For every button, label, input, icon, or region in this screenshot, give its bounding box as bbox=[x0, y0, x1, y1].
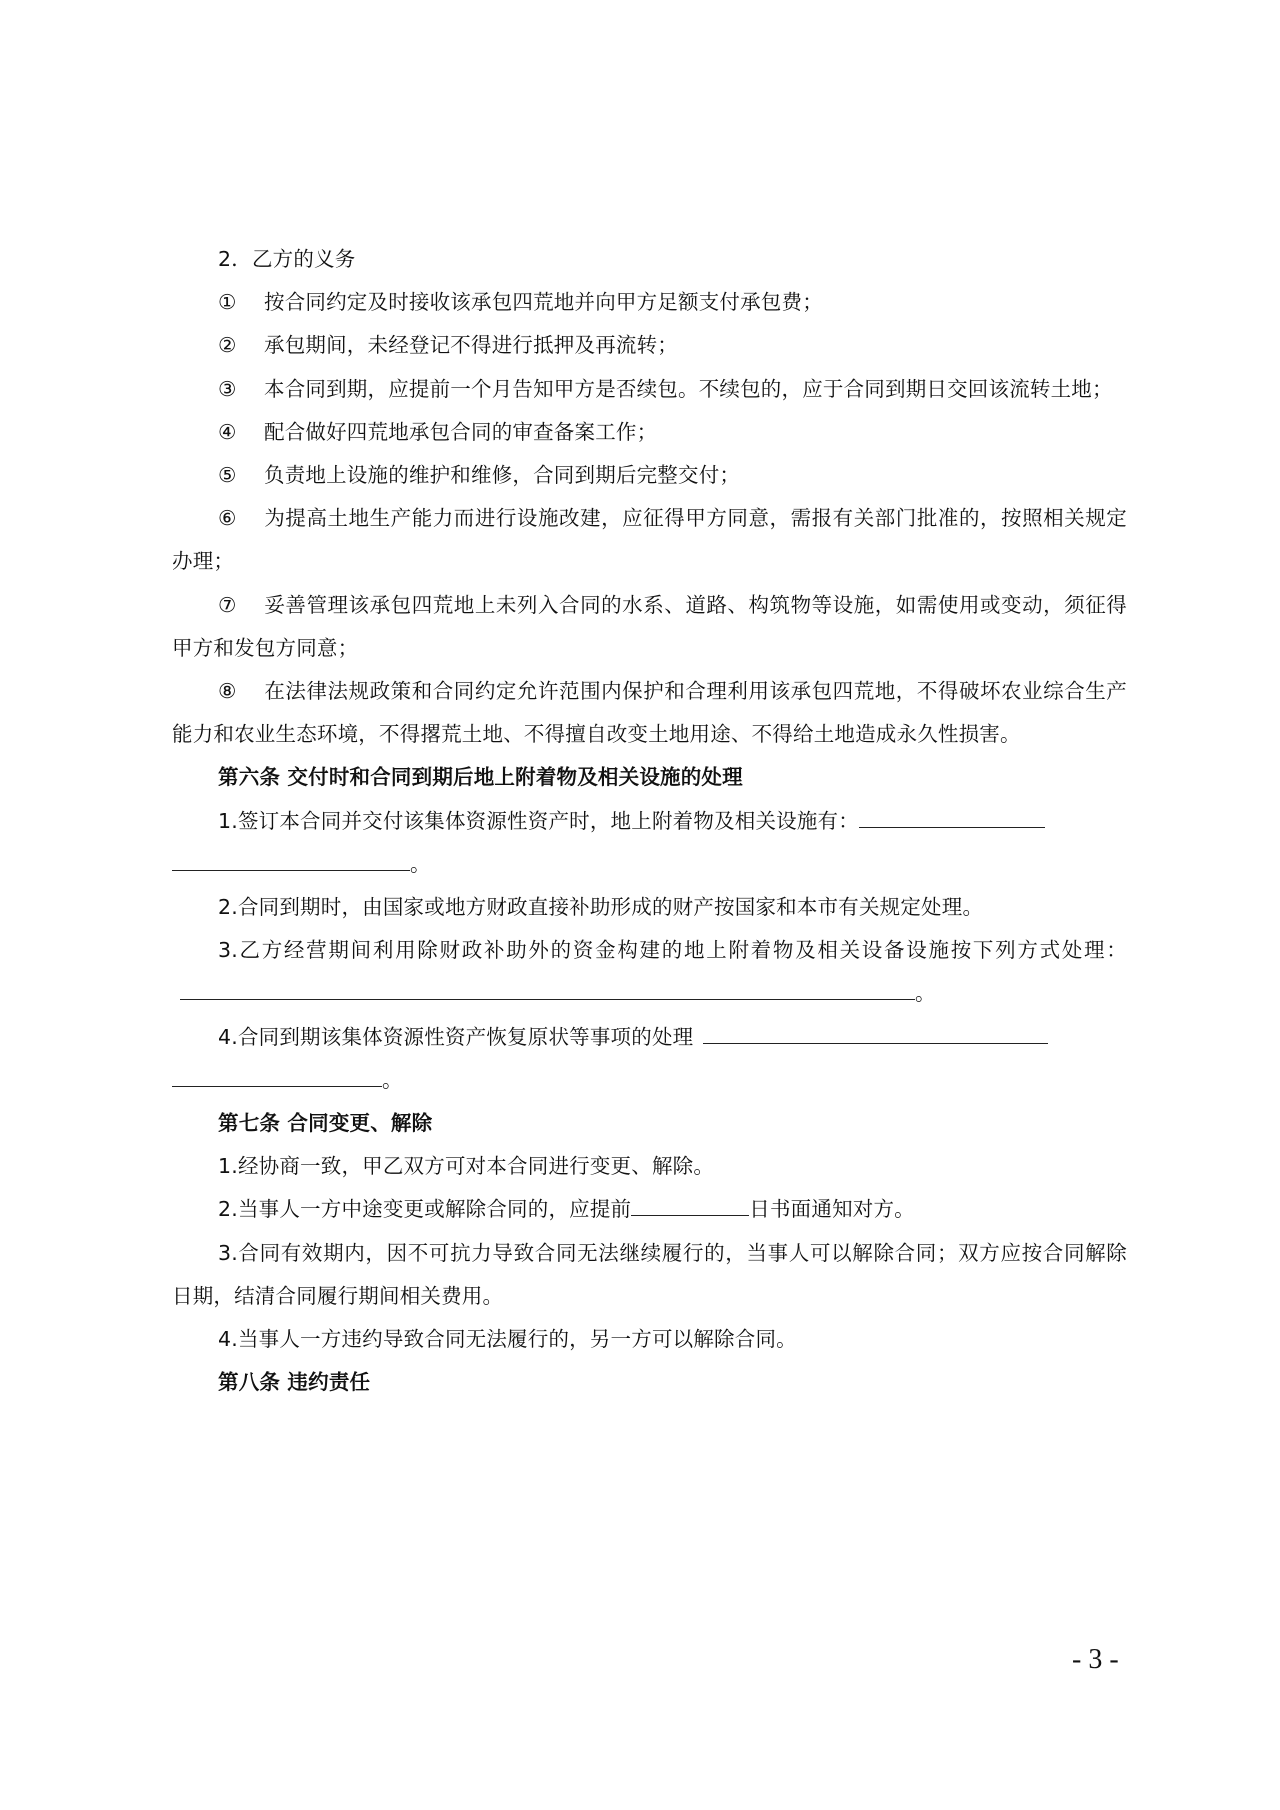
obligation-text: 负责地上设施的维护和维修，合同到期后完整交付； bbox=[264, 463, 740, 487]
circled-number-2: ② bbox=[218, 324, 264, 367]
obligation-item-4: ④配合做好四荒地承包合同的审查备案工作； bbox=[172, 411, 1127, 454]
article-7-item-3: 3.合同有效期内，因不可抗力导致合同无法继续履行的，当事人可以解除合同；双方应按… bbox=[172, 1232, 1127, 1318]
circled-number-6: ⑥ bbox=[218, 497, 264, 540]
period: 。 bbox=[382, 1068, 403, 1092]
obligation-item-8: ⑧在法律法规政策和合同约定允许范围内保护和合理利用该承包四荒地，不得破坏农业综合… bbox=[172, 670, 1127, 756]
document-body: 2．乙方的义务 ①按合同约定及时接收该承包四荒地并向甲方足额支付承包费； ②承包… bbox=[172, 238, 1127, 1404]
obligation-text: 妥善管理该承包四荒地上未列入合同的水系、道路、构筑物等设施，如需使用或变动，须征… bbox=[172, 593, 1127, 660]
circled-number-3: ③ bbox=[218, 368, 264, 411]
section-heading-text: 2．乙方的义务 bbox=[218, 247, 355, 271]
obligation-item-1: ①按合同约定及时接收该承包四荒地并向甲方足额支付承包费； bbox=[172, 281, 1127, 324]
article-6-heading: 第六条 交付时和合同到期后地上附着物及相关设施的处理 bbox=[172, 756, 1127, 799]
obligation-item-5: ⑤负责地上设施的维护和维修，合同到期后完整交付； bbox=[172, 454, 1127, 497]
obligation-text: 在法律法规政策和合同约定允许范围内保护和合理利用该承包四荒地，不得破坏农业综合生… bbox=[172, 679, 1127, 746]
article-6-item-1-text: 1.签订本合同并交付该集体资源性资产时，地上附着物及相关设施有： bbox=[218, 809, 859, 833]
article-6-item-4-text: 4.合同到期该集体资源性资产恢复原状等事项的处理 bbox=[218, 1025, 693, 1049]
fill-in-blank-notice-days[interactable] bbox=[631, 1214, 749, 1216]
article-8-heading: 第八条 违约责任 bbox=[172, 1361, 1127, 1404]
obligation-item-6: ⑥为提高土地生产能力而进行设施改建，应征得甲方同意，需报有关部门批准的，按照相关… bbox=[172, 497, 1127, 583]
fill-in-blank-handling-method[interactable] bbox=[180, 998, 915, 1000]
article-7-item-2-before: 2.当事人一方中途变更或解除合同的，应提前 bbox=[218, 1197, 631, 1221]
obligation-text: 承包期间，未经登记不得进行抵押及再流转； bbox=[264, 333, 678, 357]
circled-number-8: ⑧ bbox=[218, 670, 264, 713]
obligation-text: 按合同约定及时接收该承包四荒地并向甲方足额支付承包费； bbox=[264, 290, 823, 314]
obligation-text: 为提高土地生产能力而进行设施改建，应征得甲方同意，需报有关部门批准的，按照相关规… bbox=[172, 506, 1127, 573]
article-6-item-1: 1.签订本合同并交付该集体资源性资产时，地上附着物及相关设施有：。 bbox=[172, 800, 1127, 886]
fill-in-blank-attachments-line-2[interactable] bbox=[172, 869, 410, 871]
period: 。 bbox=[410, 852, 431, 876]
fill-in-blank-restoration-line-2[interactable] bbox=[172, 1085, 382, 1087]
article-6-item-2: 2.合同到期时，由国家或地方财政直接补助形成的财产按国家和本市有关规定处理。 bbox=[172, 886, 1127, 929]
article-7-heading: 第七条 合同变更、解除 bbox=[172, 1102, 1127, 1145]
obligation-item-3: ③本合同到期，应提前一个月告知甲方是否续包。不续包的，应于合同到期日交回该流转土… bbox=[172, 368, 1127, 411]
section-heading-party-b-obligations: 2．乙方的义务 bbox=[172, 238, 1127, 281]
obligation-text: 配合做好四荒地承包合同的审查备案工作； bbox=[264, 420, 657, 444]
obligation-item-2: ②承包期间，未经登记不得进行抵押及再流转； bbox=[172, 324, 1127, 367]
article-6-item-4: 4.合同到期该集体资源性资产恢复原状等事项的处理。 bbox=[172, 1016, 1127, 1102]
circled-number-4: ④ bbox=[218, 411, 264, 454]
article-7-item-2: 2.当事人一方中途变更或解除合同的，应提前日书面通知对方。 bbox=[172, 1188, 1127, 1231]
circled-number-5: ⑤ bbox=[218, 454, 264, 497]
page-number: - 3 - bbox=[1072, 1644, 1119, 1676]
article-7-item-1: 1.经协商一致，甲乙双方可对本合同进行变更、解除。 bbox=[172, 1145, 1127, 1188]
circled-number-1: ① bbox=[218, 281, 264, 324]
fill-in-blank-restoration-line-1[interactable] bbox=[703, 1042, 1048, 1044]
fill-in-blank-attachments-line-1[interactable] bbox=[859, 826, 1045, 828]
period: 。 bbox=[915, 981, 936, 1005]
article-6-item-3: 3.乙方经营期间利用除财政补助外的资金构建的地上附着物及相关设备设施按下列方式处… bbox=[172, 929, 1127, 1015]
obligation-text: 本合同到期，应提前一个月告知甲方是否续包。不续包的，应于合同到期日交回该流转土地… bbox=[264, 377, 1113, 401]
circled-number-7: ⑦ bbox=[218, 584, 264, 627]
article-7-item-4: 4.当事人一方违约导致合同无法履行的，另一方可以解除合同。 bbox=[172, 1318, 1127, 1361]
obligation-item-7: ⑦妥善管理该承包四荒地上未列入合同的水系、道路、构筑物等设施，如需使用或变动，须… bbox=[172, 584, 1127, 670]
article-7-item-2-after: 日书面通知对方。 bbox=[749, 1197, 915, 1221]
article-6-item-3-text: 3.乙方经营期间利用除财政补助外的资金构建的地上附着物及相关设备设施按下列方式处… bbox=[218, 938, 1127, 962]
